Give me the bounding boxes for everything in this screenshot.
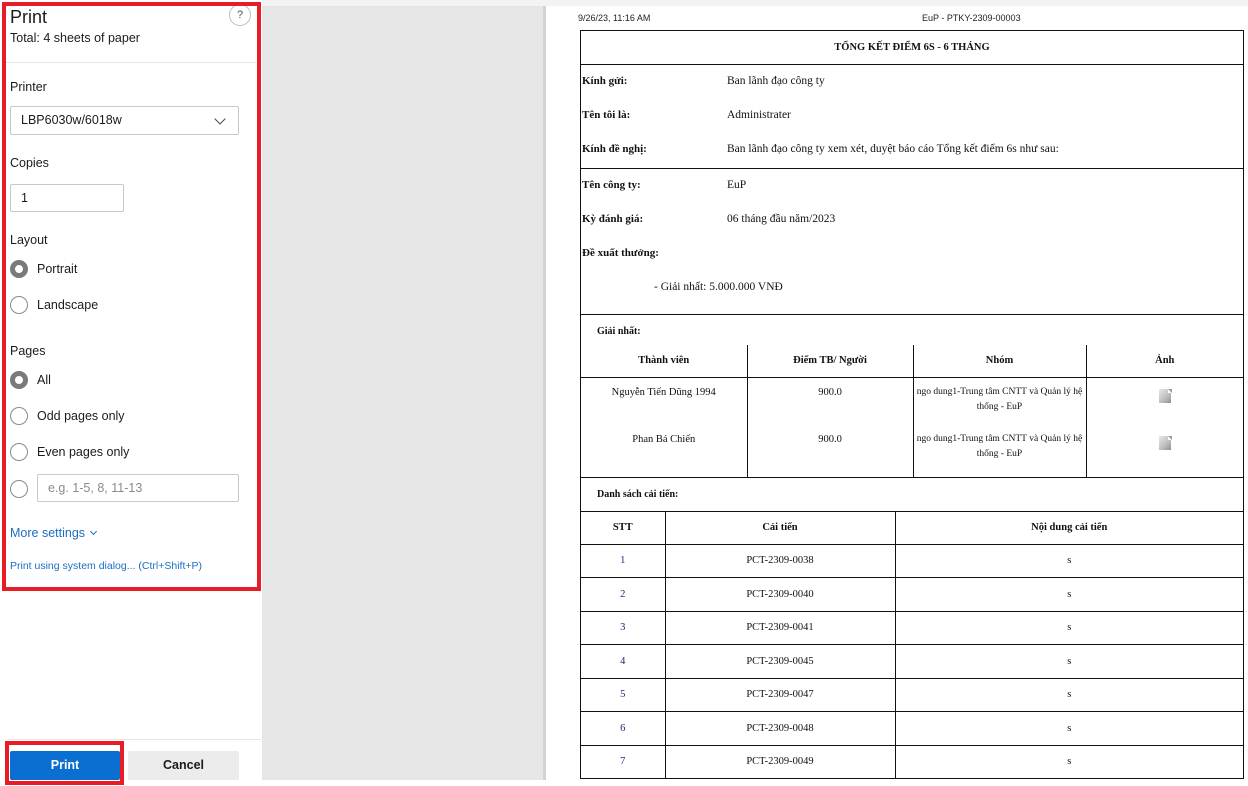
printer-label: Printer <box>10 80 47 94</box>
pages-label: Pages <box>10 344 45 358</box>
reward-line: - Giải nhất: 5.000.000 VNĐ <box>654 281 783 293</box>
chevron-down-icon <box>214 113 225 124</box>
print-button[interactable]: Print <box>10 751 120 780</box>
column-header: Thành viên <box>581 345 747 377</box>
stt-cell: 6 <box>581 712 665 746</box>
content-cell: s <box>895 578 1243 612</box>
table-row: 6PCT-2309-0048s <box>581 712 1243 746</box>
score-cell: 900.0 <box>747 377 913 425</box>
table-row: 7PCT-2309-0049s <box>581 745 1243 779</box>
print-settings-panel: Print Total: 4 sheets of paper ? Printer… <box>0 0 262 786</box>
cancel-button[interactable]: Cancel <box>128 751 239 780</box>
info-row: Tên công ty: EuP <box>581 169 1243 203</box>
column-header: STT <box>581 511 665 544</box>
page-header-datetime: 9/26/23, 11:16 AM <box>578 13 650 23</box>
more-settings-link[interactable]: More settings <box>10 526 96 540</box>
score-cell: 900.0 <box>747 425 913 477</box>
dialog-title: Print <box>10 7 47 28</box>
content-cell: s <box>895 712 1243 746</box>
radio-empty-icon[interactable] <box>10 443 28 461</box>
content-cell: s <box>895 678 1243 712</box>
winners-table: Thành viên Điểm TB/ Người Nhóm Ảnh Nguyễ… <box>581 345 1243 478</box>
code-cell: PCT-2309-0041 <box>665 611 895 645</box>
report-title: TỔNG KẾT ĐIỂM 6S - 6 THÁNG <box>581 31 1243 65</box>
pages-even-option[interactable]: Even pages only <box>10 442 129 462</box>
code-cell: PCT-2309-0047 <box>665 678 895 712</box>
pages-custom-option[interactable] <box>10 479 28 499</box>
layout-landscape-option[interactable]: Landscape <box>10 295 98 315</box>
pages-odd-option[interactable]: Odd pages only <box>10 406 125 426</box>
info-key: Kỳ đánh giá: <box>582 213 643 225</box>
copies-input[interactable]: 1 <box>10 184 124 212</box>
stt-cell: 1 <box>581 544 665 578</box>
page-header-title: EuP - PTKY-2309-00003 <box>922 13 1021 23</box>
info-value: EuP <box>727 179 746 191</box>
copies-label: Copies <box>10 156 49 170</box>
member-cell: Nguyễn Tiến Dũng 1994 <box>581 377 747 425</box>
reward-row: - Giải nhất: 5.000.000 VNĐ <box>581 271 1243 305</box>
member-cell: Phan Bá Chiến <box>581 425 747 477</box>
image-cell <box>1086 377 1243 425</box>
report-document: TỔNG KẾT ĐIỂM 6S - 6 THÁNG Kính gửi: Ban… <box>580 30 1244 779</box>
table-row: Nguyễn Tiến Dũng 1994 900.0 ngo dung1-Tr… <box>581 377 1243 425</box>
info-key: Tên tôi là: <box>582 109 630 121</box>
all-pages-label: All <box>37 373 51 387</box>
odd-pages-label: Odd pages only <box>37 409 125 423</box>
broken-image-icon <box>1158 436 1172 450</box>
pages-all-option[interactable]: All <box>10 370 51 390</box>
preview-gutter <box>262 6 546 780</box>
info-row: Kỳ đánh giá: 06 tháng đầu năm/2023 <box>581 203 1243 237</box>
addressee-block: Kính gửi: Ban lãnh đạo công ty Tên tôi l… <box>581 65 1243 169</box>
radio-selected-icon[interactable] <box>10 371 28 389</box>
code-cell: PCT-2309-0045 <box>665 645 895 679</box>
code-cell: PCT-2309-0048 <box>665 712 895 746</box>
info-value: Ban lãnh đạo công ty <box>727 75 825 87</box>
content-cell: s <box>895 544 1243 578</box>
group-cell: ngo dung1-Trung tâm CNTT và Quản lý hệ t… <box>913 377 1086 425</box>
company-block: Tên công ty: EuP Kỳ đánh giá: 06 tháng đ… <box>581 169 1243 315</box>
table-row: 1PCT-2309-0038s <box>581 544 1243 578</box>
column-header: Điểm TB/ Người <box>747 345 913 377</box>
content-cell: s <box>895 611 1243 645</box>
info-value: Ban lãnh đạo công ty xem xét, duyệt báo … <box>727 143 1059 155</box>
radio-selected-icon[interactable] <box>10 260 28 278</box>
info-key: Kính đề nghị: <box>582 143 647 155</box>
content-cell: s <box>895 645 1243 679</box>
info-key: Kính gửi: <box>582 75 627 87</box>
winners-section-title: Giải nhất: <box>581 315 1243 345</box>
image-cell <box>1086 425 1243 477</box>
info-row: Kính gửi: Ban lãnh đạo công ty <box>581 65 1243 99</box>
footer-divider <box>7 739 261 740</box>
even-pages-label: Even pages only <box>37 445 129 459</box>
improvements-table: STT Cải tiến Nội dung cải tiến 1PCT-2309… <box>581 511 1243 780</box>
page-range-input[interactable]: e.g. 1-5, 8, 11-13 <box>37 474 239 502</box>
print-preview-page[interactable]: 9/26/23, 11:16 AM EuP - PTKY-2309-00003 … <box>546 6 1248 786</box>
radio-empty-icon[interactable] <box>10 407 28 425</box>
improvements-section-title: Danh sách cải tiến: <box>581 478 1243 511</box>
code-cell: PCT-2309-0040 <box>665 578 895 612</box>
printer-select[interactable]: LBP6030w/6018w <box>10 106 239 135</box>
layout-label: Layout <box>10 233 48 247</box>
table-row: 2PCT-2309-0040s <box>581 578 1243 612</box>
info-key: Đề xuất thưởng: <box>582 247 659 259</box>
table-row: 5PCT-2309-0047s <box>581 678 1243 712</box>
header-divider <box>6 62 256 63</box>
table-row: Phan Bá Chiến 900.0 ngo dung1-Trung tâm … <box>581 425 1243 477</box>
info-row: Kính đề nghị: Ban lãnh đạo công ty xem x… <box>581 133 1243 167</box>
info-row: Tên tôi là: Administrater <box>581 99 1243 133</box>
landscape-label: Landscape <box>37 298 98 312</box>
info-row: Đề xuất thưởng: <box>581 237 1243 271</box>
code-cell: PCT-2309-0049 <box>665 745 895 779</box>
radio-empty-icon[interactable] <box>10 296 28 314</box>
stt-cell: 5 <box>581 678 665 712</box>
portrait-label: Portrait <box>37 262 77 276</box>
table-row: 3PCT-2309-0041s <box>581 611 1243 645</box>
stt-cell: 7 <box>581 745 665 779</box>
system-dialog-link[interactable]: Print using system dialog... (Ctrl+Shift… <box>10 560 202 572</box>
info-value: Administrater <box>727 109 791 121</box>
chevron-down-icon <box>90 528 97 535</box>
code-cell: PCT-2309-0038 <box>665 544 895 578</box>
broken-image-icon <box>1158 389 1172 403</box>
table-row: 4PCT-2309-0045s <box>581 645 1243 679</box>
info-value: 06 tháng đầu năm/2023 <box>727 213 835 225</box>
stt-cell: 2 <box>581 578 665 612</box>
printer-selected: LBP6030w/6018w <box>21 113 122 127</box>
info-key: Tên công ty: <box>582 179 641 191</box>
column-header: Ảnh <box>1086 345 1243 377</box>
radio-empty-icon[interactable] <box>10 480 28 498</box>
content-cell: s <box>895 745 1243 779</box>
column-header: Cải tiến <box>665 511 895 544</box>
help-icon[interactable]: ? <box>229 4 251 26</box>
column-header: Nội dung cải tiến <box>895 511 1243 544</box>
group-cell: ngo dung1-Trung tâm CNTT và Quản lý hệ t… <box>913 425 1086 477</box>
stt-cell: 4 <box>581 645 665 679</box>
stt-cell: 3 <box>581 611 665 645</box>
column-header: Nhóm <box>913 345 1086 377</box>
layout-portrait-option[interactable]: Portrait <box>10 259 77 279</box>
more-settings-label: More settings <box>10 526 85 540</box>
sheet-count: Total: 4 sheets of paper <box>10 31 140 45</box>
